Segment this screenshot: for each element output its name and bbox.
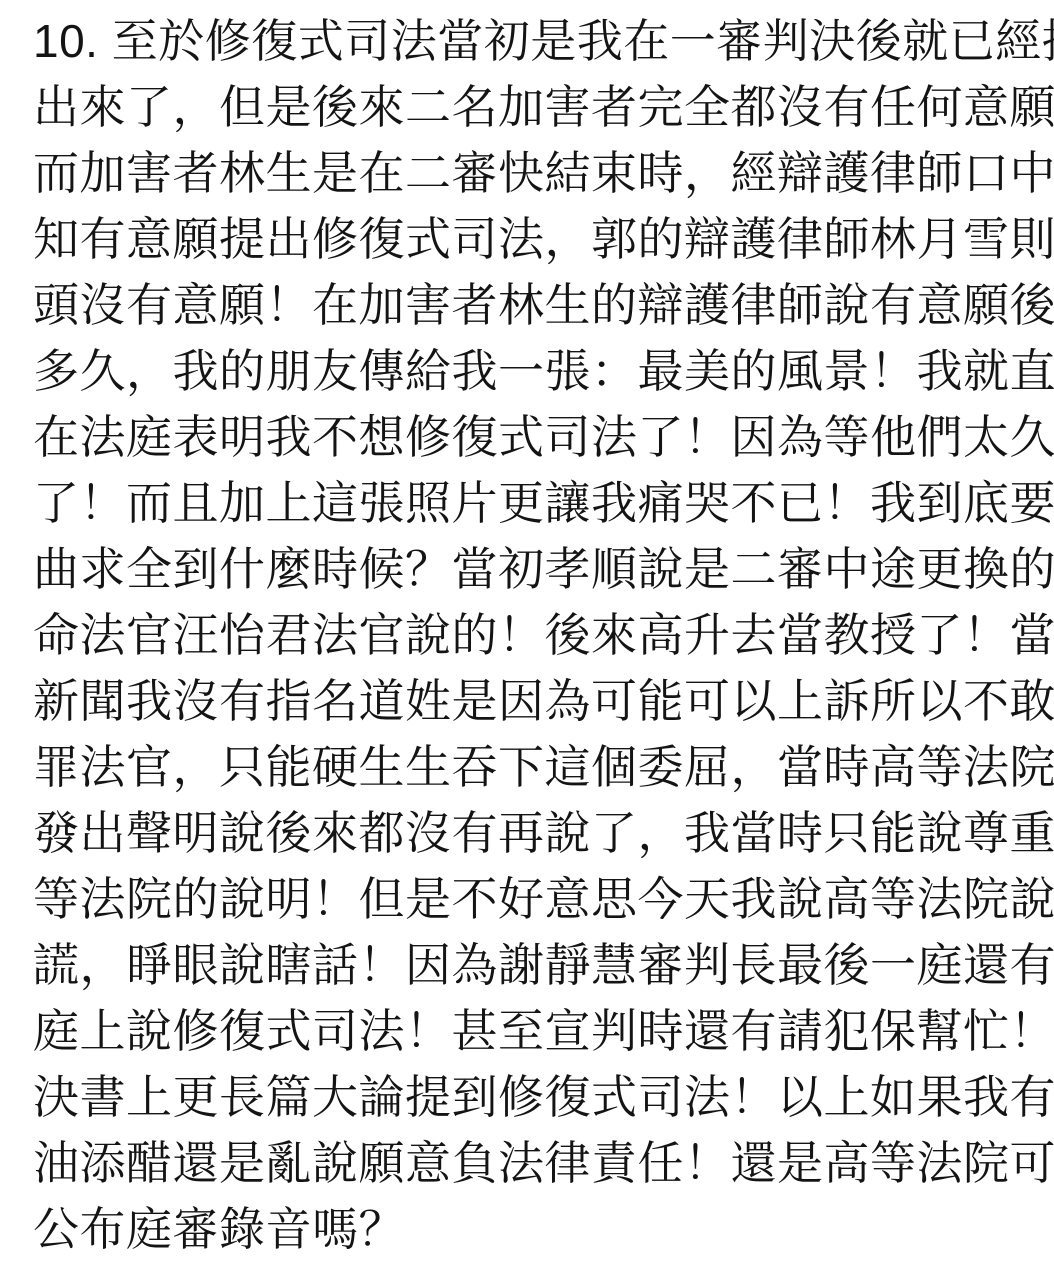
text-document: 10. 至於修復式司法當初是我在一審判決後就已經提 出來了，但是後來二名加害者完… [0,0,1054,1280]
text-line: 等法院的說明！但是不好意思今天我說高等法院說 [33,866,1036,932]
text-line: 10. 至於修復式司法當初是我在一審判決後就已經提 [33,8,1036,74]
text-line: 命法官汪怡君法官說的！後來高升去當教授了！當時 [33,602,1036,668]
text-line: 謊，睜眼說瞎話！因為謝靜慧審判長最後一庭還有法 [33,932,1036,998]
text-line: 發出聲明說後來都沒有再說了，我當時只能說尊重高 [33,800,1036,866]
text-line: 罪法官，只能硬生生吞下這個委屈，當時高等法院還 [33,734,1036,800]
text-line: 頭沒有意願！在加害者林生的辯護律師說有意願後沒 [33,272,1036,338]
text-line: 庭上說修復式司法！甚至宣判時還有請犯保幫忙！判 [33,998,1036,1064]
text-line: 出來了，但是後來二名加害者完全都沒有任何意願， [33,74,1036,140]
page-background: { "document": { "background_color": "#ff… [0,0,1054,1280]
text-line: 知有意願提出修復式司法，郭的辯護律師林月雪則搖 [33,206,1036,272]
text-line: 曲求全到什麼時候？當初孝順說是二審中途更換的受 [33,536,1036,602]
text-line: 決書上更長篇大論提到修復式司法！以上如果我有加 [33,1064,1036,1130]
text-line: 油添醋還是亂說願意負法律責任！還是高等法院可以 [33,1130,1036,1196]
text-line: 在法庭表明我不想修復式司法了！因為等他們太久 [33,404,1036,470]
text-line: 而加害者林生是在二審快結束時，經辯護律師口中得 [33,140,1036,206]
text-line: 公布庭審錄音嗎？ [33,1196,1036,1262]
text-line: 了！而且加上這張照片更讓我痛哭不已！我到底要委 [33,470,1036,536]
text-line: 多久，我的朋友傳給我一張：最美的風景！我就直接 [33,338,1036,404]
text-line: 新聞我沒有指名道姓是因為可能可以上訴所以不敢得 [33,668,1036,734]
